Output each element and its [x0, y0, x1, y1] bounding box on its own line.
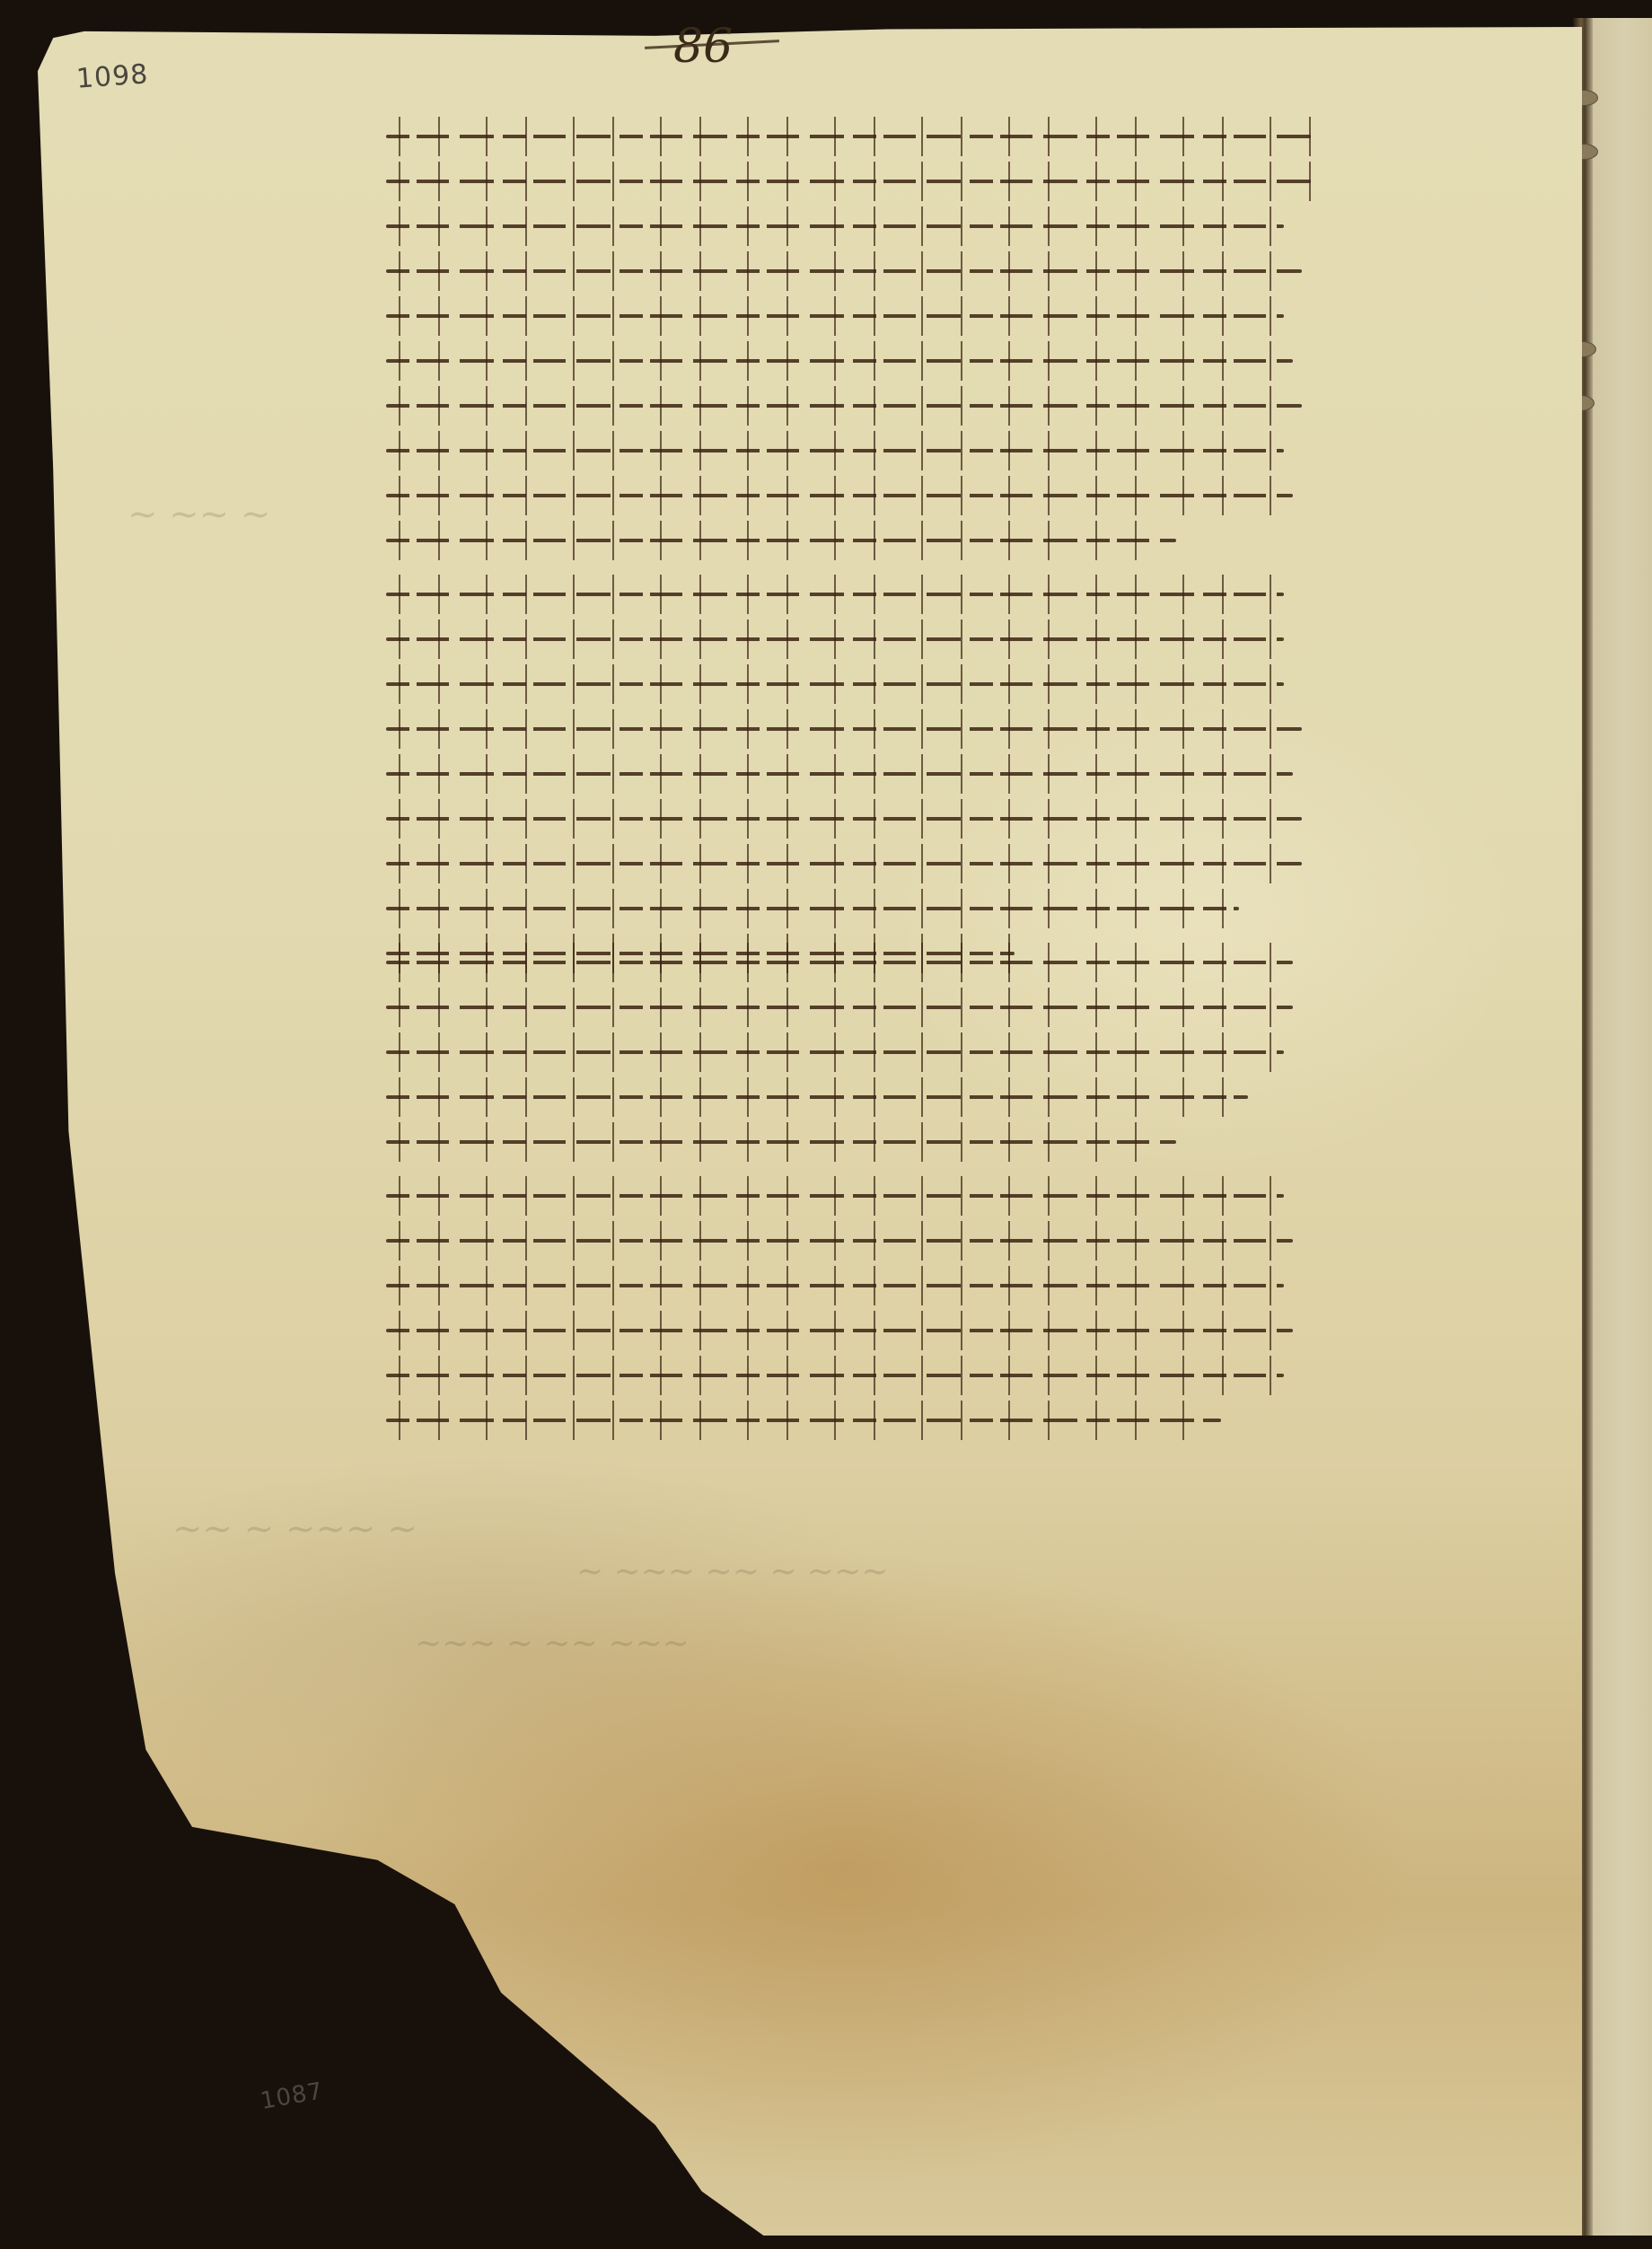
ink-baseline	[386, 224, 1284, 228]
bleed-through-text: ~~ ~ ~~~ ~	[172, 1508, 417, 1550]
ink-baseline	[386, 1239, 1293, 1243]
bleed-through-text: ~~~ ~ ~~ ~~~	[415, 1625, 690, 1662]
ink-baseline	[386, 1284, 1284, 1287]
ink-baseline	[386, 682, 1284, 686]
ink-baseline	[386, 1050, 1284, 1054]
ink-baseline	[386, 135, 1311, 138]
ink-baseline	[386, 862, 1302, 865]
ink-baseline	[386, 817, 1302, 821]
ink-baseline	[386, 727, 1302, 731]
ink-baseline	[386, 494, 1293, 497]
ink-baseline	[386, 1095, 1248, 1099]
ink-baseline	[386, 907, 1239, 910]
ink-baseline	[386, 1194, 1284, 1198]
ink-baseline	[386, 1419, 1221, 1422]
ink-baseline	[386, 359, 1293, 363]
ink-baseline	[386, 1140, 1176, 1144]
ink-baseline	[386, 180, 1311, 183]
ink-baseline	[386, 314, 1284, 318]
ink-baseline	[386, 1329, 1293, 1332]
ink-baseline	[386, 1006, 1293, 1009]
bleed-through-text: ~ ~~ ~	[127, 494, 271, 535]
ink-baseline	[386, 772, 1293, 776]
header-numeral: 86	[673, 20, 733, 74]
folio-number-top: 1098	[75, 58, 150, 95]
ink-baseline	[386, 593, 1284, 596]
ink-baseline	[386, 539, 1176, 542]
ink-baseline	[386, 449, 1284, 452]
ink-baseline	[386, 961, 1293, 964]
ink-baseline	[386, 1374, 1284, 1377]
ink-baseline	[386, 404, 1302, 408]
bleed-through-text: ~ ~~~ ~~ ~ ~~~	[576, 1553, 888, 1590]
ink-baseline	[386, 269, 1302, 273]
ink-baseline	[386, 637, 1284, 641]
